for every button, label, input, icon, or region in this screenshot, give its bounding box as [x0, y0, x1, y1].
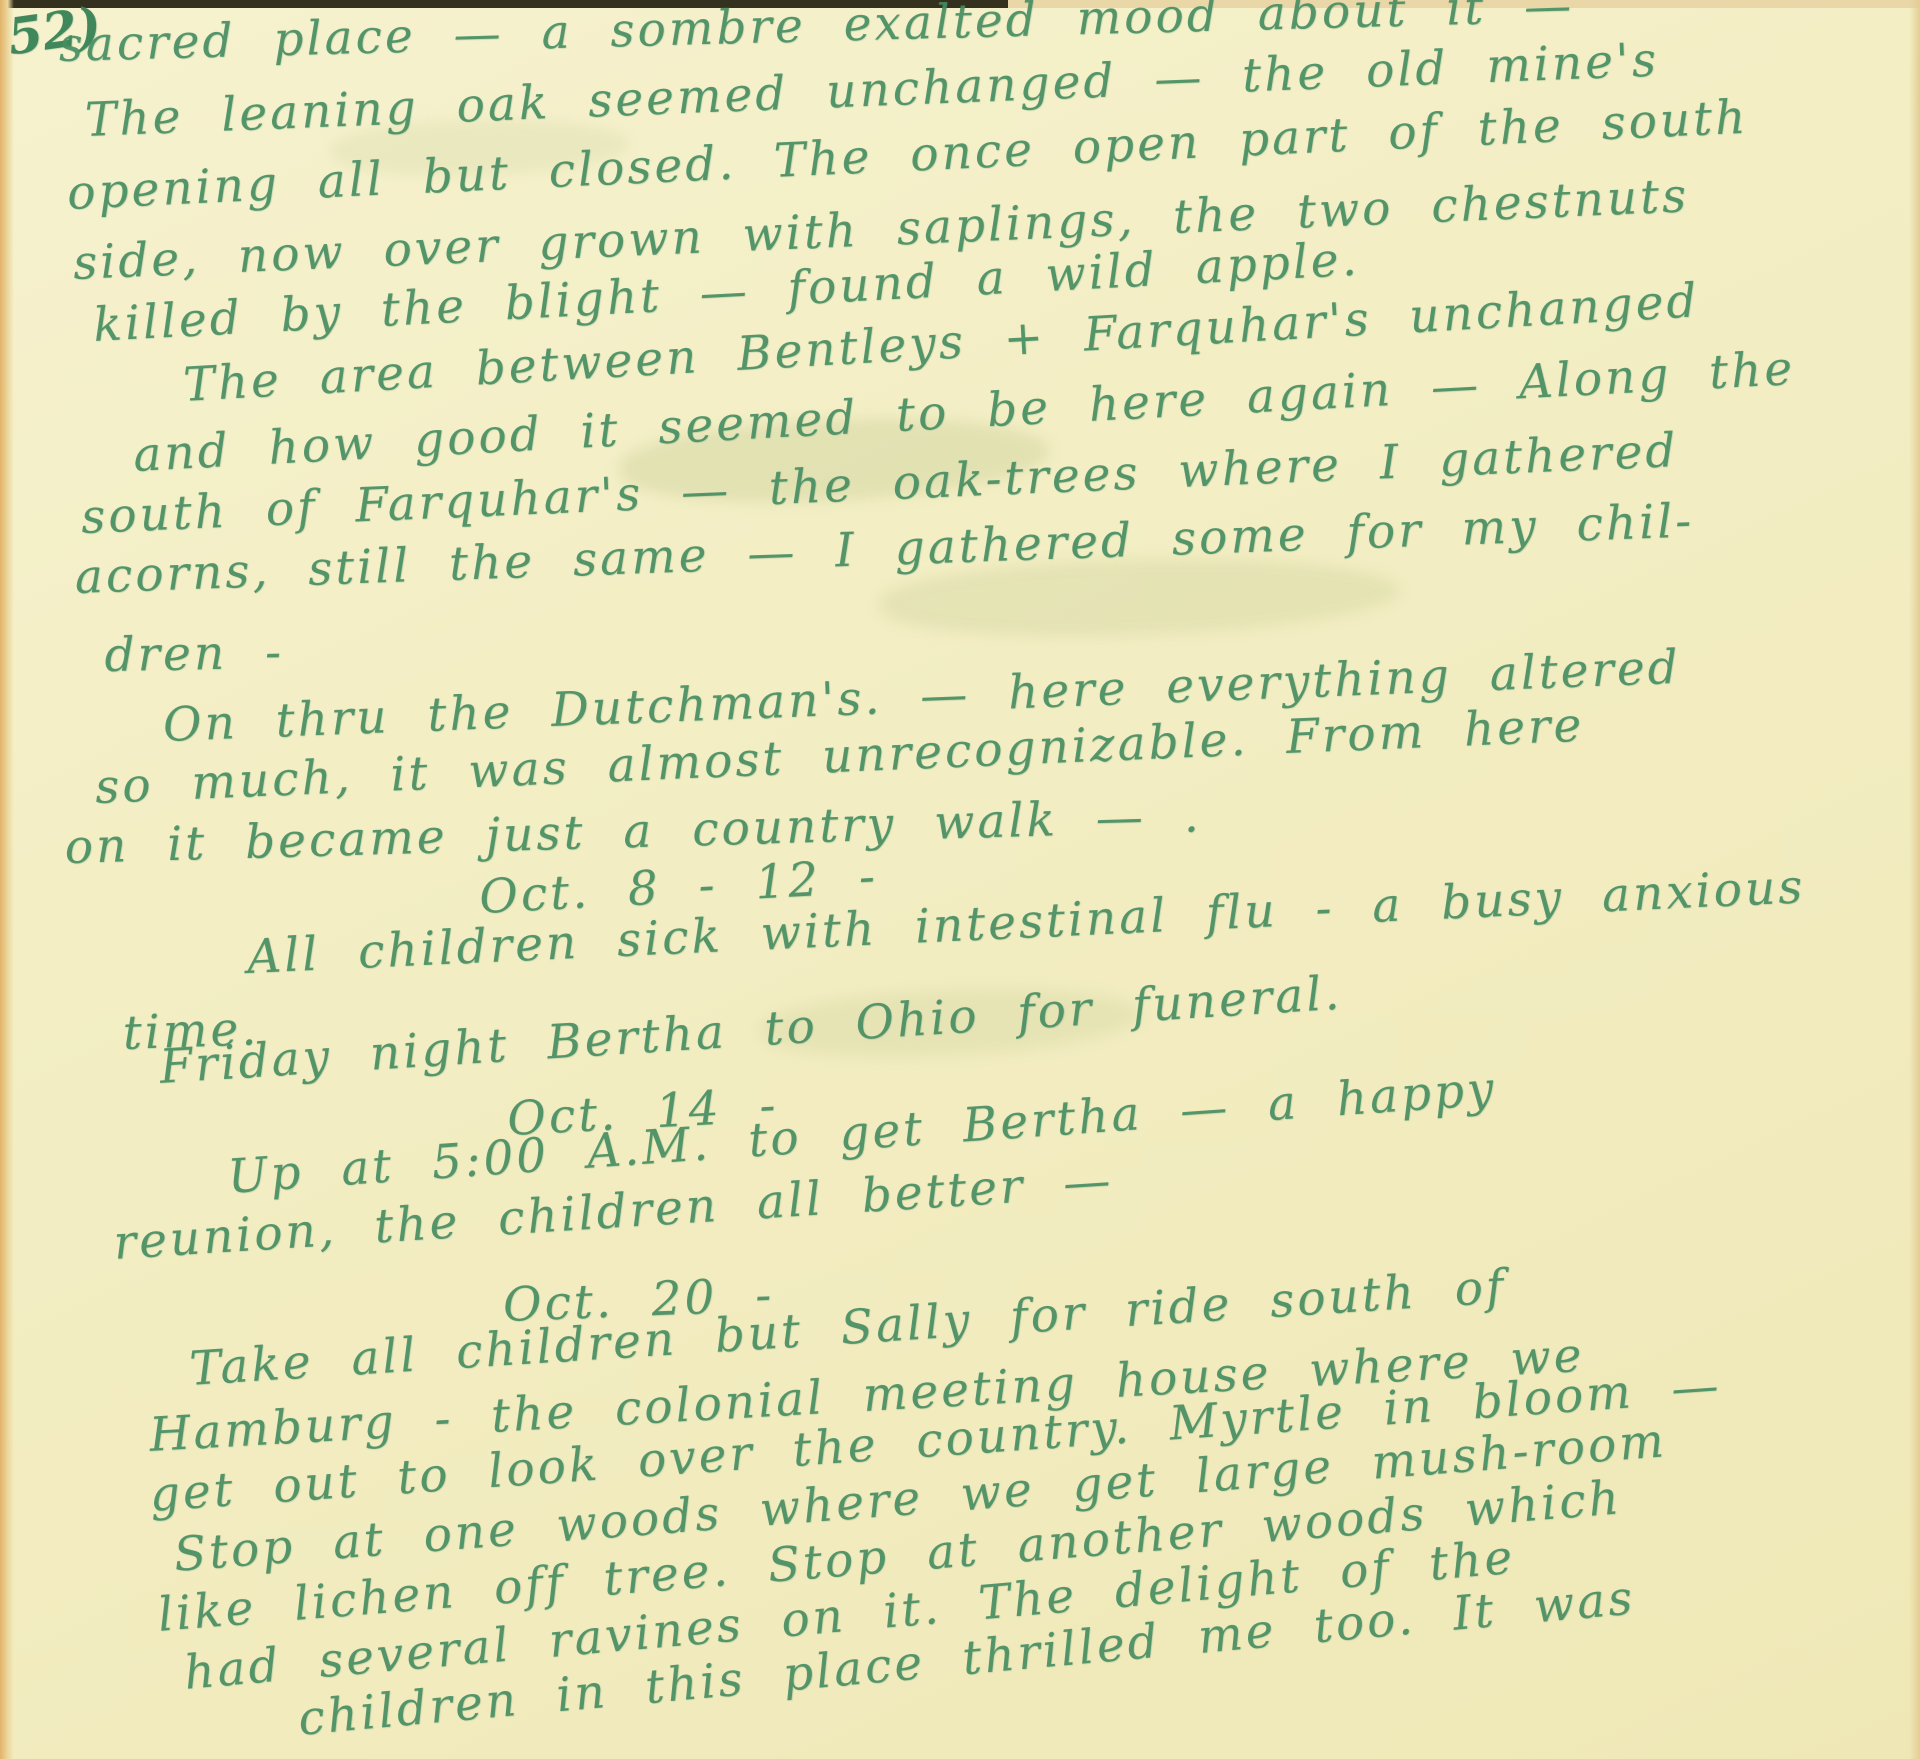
- page-left-edge: [0, 0, 14, 1759]
- scanned-diary-page: { "page": { "number": "52)", "paper_colo…: [0, 0, 1920, 1759]
- handwritten-line: dren -: [104, 627, 284, 682]
- handwritten-line: Friday night Bertha to Ohio for funeral.: [158, 968, 1344, 1094]
- page-right-edge: [1909, 0, 1920, 1759]
